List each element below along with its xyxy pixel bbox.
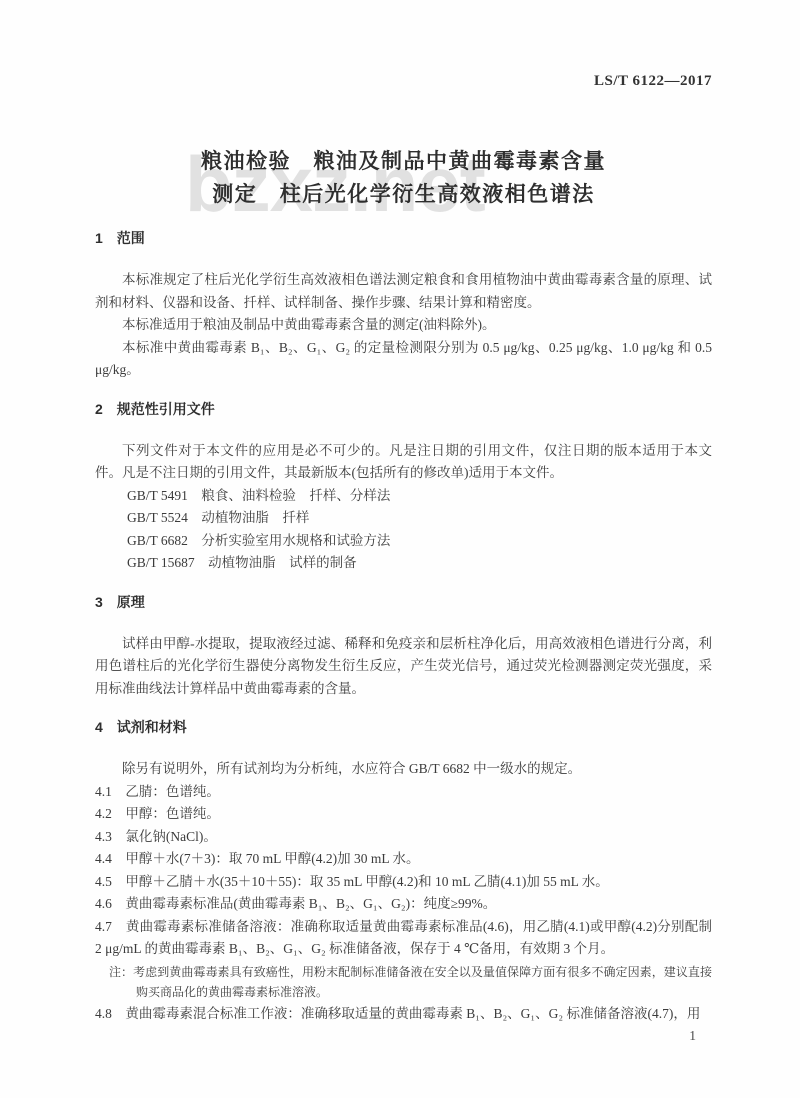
reference-gbt-5491: GB/T 5491 粮食、油料检验 扦样、分样法 <box>127 485 712 508</box>
title-block: bzxz.net 粮油检验 粮油及制品中黄曲霉毒素含量 测定 柱后光化学衍生高效… <box>95 145 712 211</box>
reference-gbt-5524: GB/T 5524 动植物油脂 扦样 <box>127 507 712 530</box>
scope-paragraph-3: 本标准中黄曲霉毒素 B₁、B₂、G₁、G₂ 的定量检测限分别为 0.5 μg/k… <box>95 337 712 382</box>
section-heading-scope: 1 范围 <box>95 227 712 249</box>
reference-gbt-6682: GB/T 6682 分析实验室用水规格和试验方法 <box>127 530 712 553</box>
standard-number: LS/T 6122—2017 <box>95 72 712 90</box>
reference-gbt-15687: GB/T 15687 动植物油脂 试样的制备 <box>127 552 712 575</box>
reagents-intro-paragraph: 除另有说明外，所有试剂均为分析纯，水应符合 GB/T 6682 中一级水的规定。 <box>95 758 712 781</box>
document-title-line-1: 粮油检验 粮油及制品中黄曲霉毒素含量 <box>95 145 712 178</box>
section-normative-references: 2 规范性引用文件 下列文件对于本文件的应用是必不可少的。凡是注日期的引用文件，… <box>95 398 712 575</box>
section-reagents: 4 试剂和材料 除另有说明外，所有试剂均为分析纯，水应符合 GB/T 6682 … <box>95 716 712 1025</box>
reagent-item-4-8: 4.8 黄曲霉毒素混合标准工作液：准确移取适量的黄曲霉毒素 B₁、B₂、G₁、G… <box>95 1003 712 1026</box>
document-title-line-2: 测定 柱后光化学衍生高效液相色谱法 <box>95 178 712 211</box>
section-scope: 1 范围 本标准规定了柱后光化学衍生高效液相色谱法测定粮食和食用植物油中黄曲霉毒… <box>95 227 712 382</box>
principle-paragraph: 试样由甲醇-水提取，提取液经过滤、稀释和免疫亲和层析柱净化后，用高效液相色谱进行… <box>95 633 712 701</box>
reagent-item-4-1: 4.1 乙腈：色谱纯。 <box>95 781 712 804</box>
reagent-item-4-5: 4.5 甲醇＋乙腈＋水(35＋10＋55)：取 35 mL 甲醇(4.2)和 1… <box>95 871 712 894</box>
scope-paragraph-1: 本标准规定了柱后光化学衍生高效液相色谱法测定粮食和食用植物油中黄曲霉毒素含量的原… <box>95 269 712 314</box>
reagent-note: 注：考虑到黄曲霉毒素具有致癌性，用粉末配制标准储备液在安全以及量值保障方面有很多… <box>109 962 712 1002</box>
section-principle: 3 原理 试样由甲醇-水提取，提取液经过滤、稀释和免疫亲和层析柱净化后，用高效液… <box>95 591 712 701</box>
section-heading-principle: 3 原理 <box>95 591 712 613</box>
reagent-item-4-4: 4.4 甲醇＋水(7＋3)：取 70 mL 甲醇(4.2)加 30 mL 水。 <box>95 848 712 871</box>
references-intro-paragraph: 下列文件对于本文件的应用是必不可少的。凡是注日期的引用文件，仅注日期的版本适用于… <box>95 440 712 485</box>
reagent-item-4-7: 4.7 黄曲霉毒素标准储备溶液：准确称取适量黄曲霉毒素标准品(4.6)，用乙腈(… <box>95 916 712 961</box>
scope-paragraph-2: 本标准适用于粮油及制品中黄曲霉毒素含量的测定(油料除外)。 <box>95 314 712 337</box>
reagent-item-4-3: 4.3 氯化钠(NaCl)。 <box>95 826 712 849</box>
reagent-item-4-6: 4.6 黄曲霉毒素标准品(黄曲霉毒素 B₁、B₂、G₁、G₂)：纯度≥99%。 <box>95 893 712 916</box>
document-page: LS/T 6122—2017 bzxz.net 粮油检验 粮油及制品中黄曲霉毒素… <box>0 0 800 1098</box>
section-heading-reagents: 4 试剂和材料 <box>95 716 712 738</box>
section-heading-references: 2 规范性引用文件 <box>95 398 712 420</box>
page-number: 1 <box>95 1028 712 1044</box>
reagent-item-4-2: 4.2 甲醇：色谱纯。 <box>95 803 712 826</box>
